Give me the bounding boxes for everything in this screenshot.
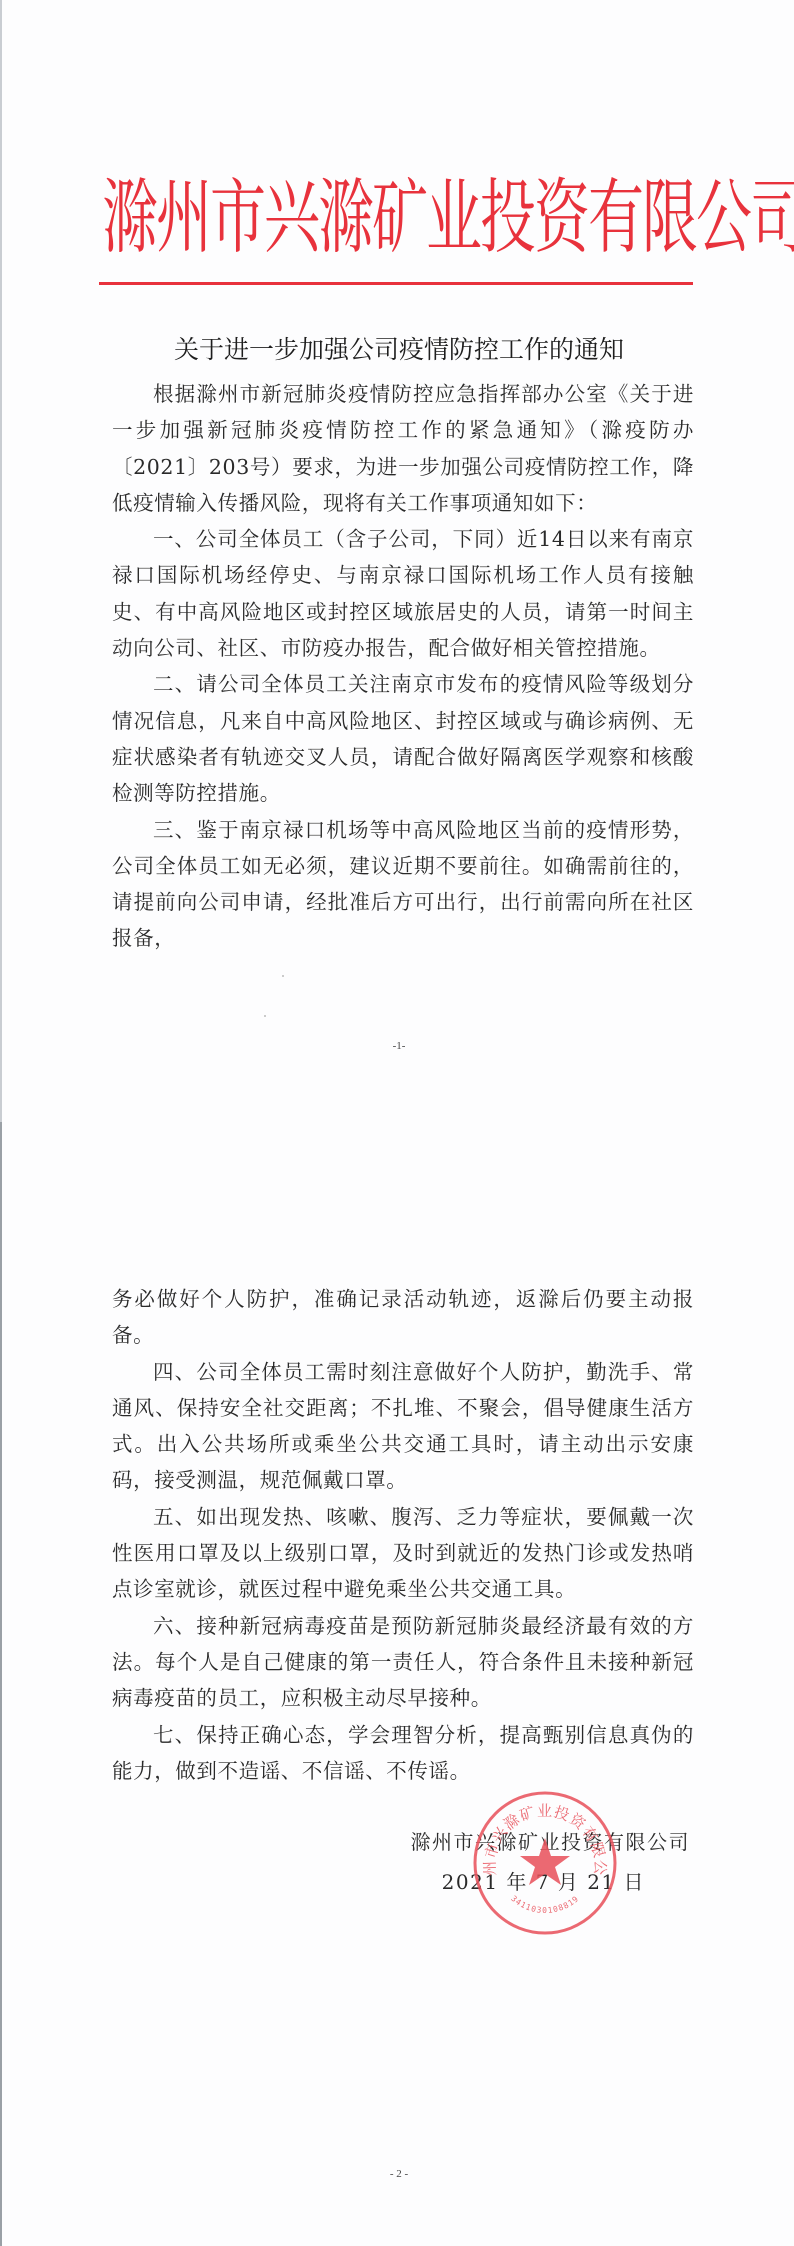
paragraph-item-7: 七、保持正确心态，学会理智分析，提高甄别信息真伪的能力，做到不造谣、不信谣、不传… xyxy=(112,1717,694,1790)
paragraph-item-4: 四、公司全体员工需时刻注意做好个人防护，勤洗手、常通风、保持安全社交距离；不扎堆… xyxy=(112,1354,694,1499)
letterhead-company-name: 滁州市兴滁矿业投资有限公司 xyxy=(102,150,697,289)
official-seal-stamp-icon: 滁州市兴滁矿业投资有限公司 3411030108819 xyxy=(470,1788,620,1938)
page-1: 滁州市兴滁矿业投资有限公司 关于进一步加强公司疫情防控工作的通知 根据滁州市新冠… xyxy=(0,0,794,1122)
body-page-2: 务必做好个人防护，准确记录活动轨迹，返滁后仍要主动报备。 四、公司全体员工需时刻… xyxy=(112,1281,694,1789)
scan-speck xyxy=(264,1015,266,1017)
paragraph-item-3: 三、鉴于南京禄口机场等中高风险地区当前的疫情形势，公司全体员工如无必须，建议近期… xyxy=(112,812,694,957)
page-number-1: -1- xyxy=(2,1040,794,1052)
paragraph-item-5: 五、如出现发热、咳嗽、腹泻、乏力等症状，要佩戴一次性医用口罩及以上级别口罩，及时… xyxy=(112,1499,694,1608)
svg-text:3411030108819: 3411030108819 xyxy=(509,1894,581,1915)
paragraph-item-3-continued: 务必做好个人防护，准确记录活动轨迹，返滁后仍要主动报备。 xyxy=(112,1281,694,1354)
paragraph-item-1: 一、公司全体员工（含子公司，下同）近14日以来有南京禄口国际机场经停史、与南京禄… xyxy=(112,521,694,666)
paragraph-item-6: 六、接种新冠病毒疫苗是预防新冠肺炎最经济最有效的方法。每个人是自己健康的第一责任… xyxy=(112,1608,694,1717)
paragraph-intro: 根据滁州市新冠肺炎疫情防控应急指挥部办公室《关于进一步加强新冠肺炎疫情防控工作的… xyxy=(112,376,694,521)
seal-star-icon xyxy=(520,1838,570,1885)
body-page-1: 根据滁州市新冠肺炎疫情防控应急指挥部办公室《关于进一步加强新冠肺炎疫情防控工作的… xyxy=(112,376,694,957)
page-number-2: - 2 - xyxy=(2,2168,794,2180)
seal-code: 3411030108819 xyxy=(509,1894,581,1915)
paragraph-item-2: 二、请公司全体员工关注南京市发布的疫情风险等级划分情况信息，凡来自中高风险地区、… xyxy=(112,666,694,811)
scan-speck xyxy=(282,975,284,977)
document-title: 关于进一步加强公司疫情防控工作的通知 xyxy=(2,330,794,370)
letterhead-red-rule xyxy=(99,282,693,285)
page-2: 务必做好个人防护，准确记录活动轨迹，返滁后仍要主动报备。 四、公司全体员工需时刻… xyxy=(0,1122,794,2246)
